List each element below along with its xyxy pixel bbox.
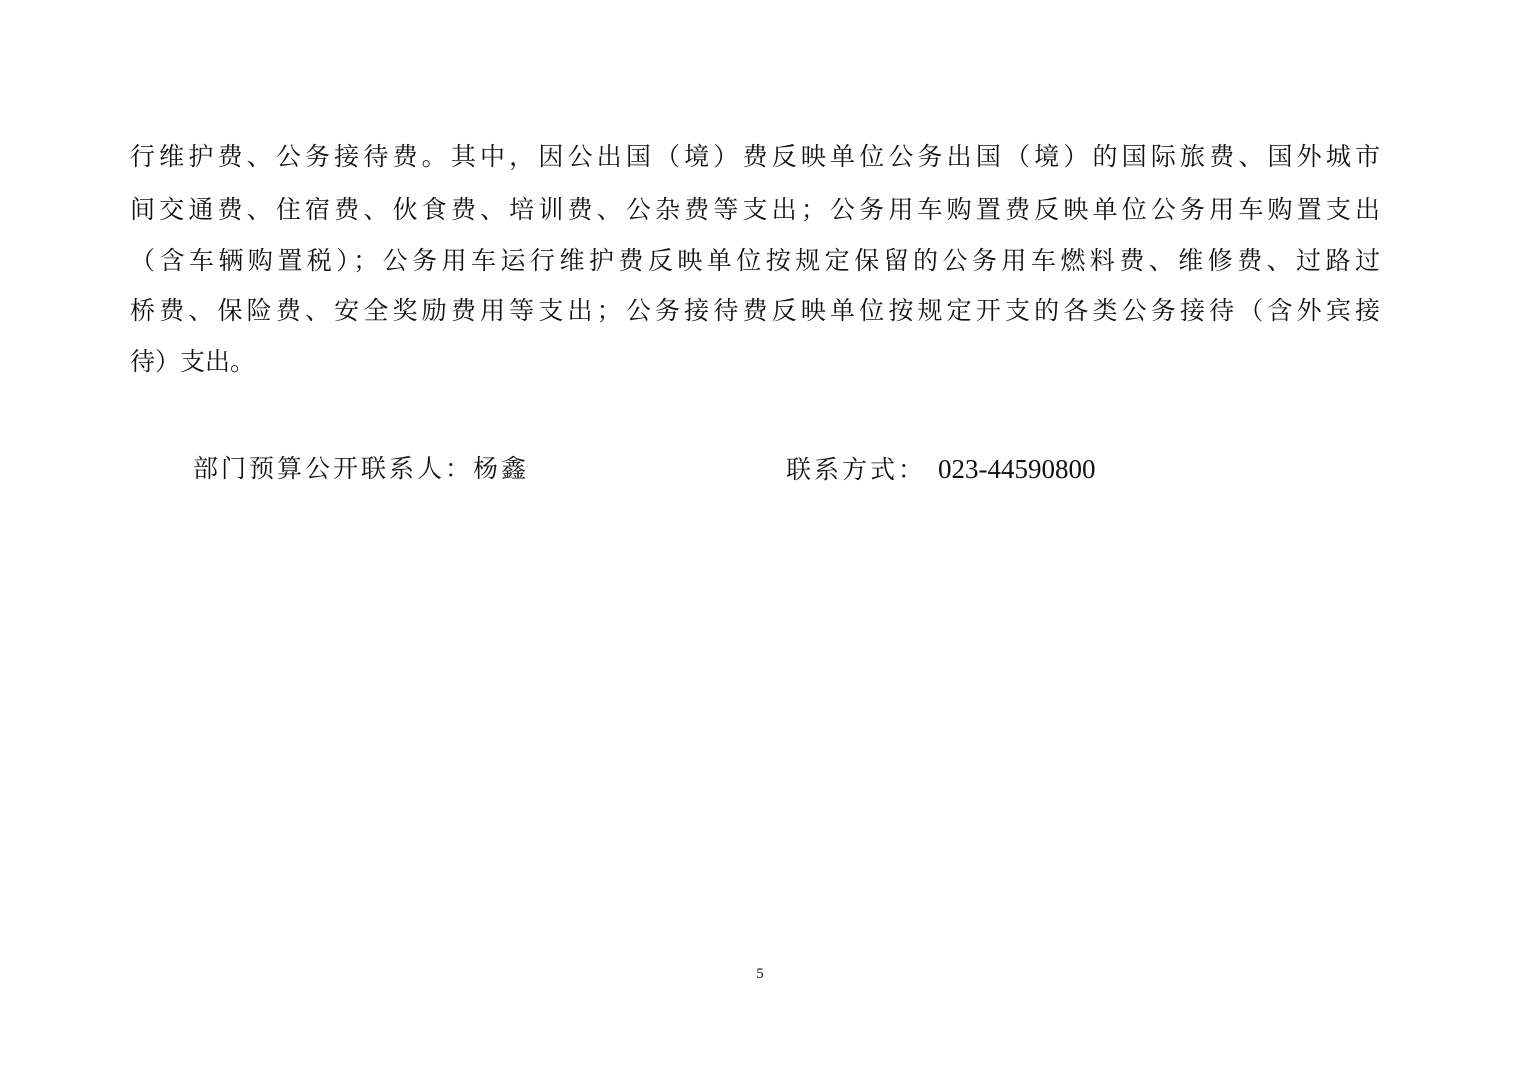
contact-phone: 联系方式：023-44590800 <box>786 453 1096 486</box>
contact-person-name: 杨鑫 <box>473 454 529 483</box>
paragraph-line-2: 间交通费、住宿费、伙食费、培训费、公杂费等支出；公务用车购置费反映单位公务用车购… <box>130 195 1380 225</box>
contact-person: 部门预算公开联系人：杨鑫 <box>193 453 529 485</box>
paragraph-line-3: （含车辆购置税）；公务用车运行维护费反映单位按规定保留的公务用车燃料费、维修费、… <box>130 246 1380 276</box>
document-page: 行维护费、公务接待费。其中，因公出国（境）费反映单位公务出国（境）的国际旅费、国… <box>0 0 1520 1074</box>
paragraph-line-4: 桥费、保险费、安全奖励费用等支出；公务接待费反映单位按规定开支的各类公务接待（含… <box>130 296 1380 326</box>
page-number: 5 <box>0 966 1520 983</box>
paragraph-line-1: 行维护费、公务接待费。其中，因公出国（境）费反映单位公务出国（境）的国际旅费、国… <box>130 142 1380 172</box>
contact-phone-number: 023-44590800 <box>938 454 1096 484</box>
contact-phone-label: 联系方式： <box>786 455 926 484</box>
contact-person-label: 部门预算公开联系人： <box>193 454 473 483</box>
paragraph-line-5: 待）支出。 <box>130 347 1380 377</box>
